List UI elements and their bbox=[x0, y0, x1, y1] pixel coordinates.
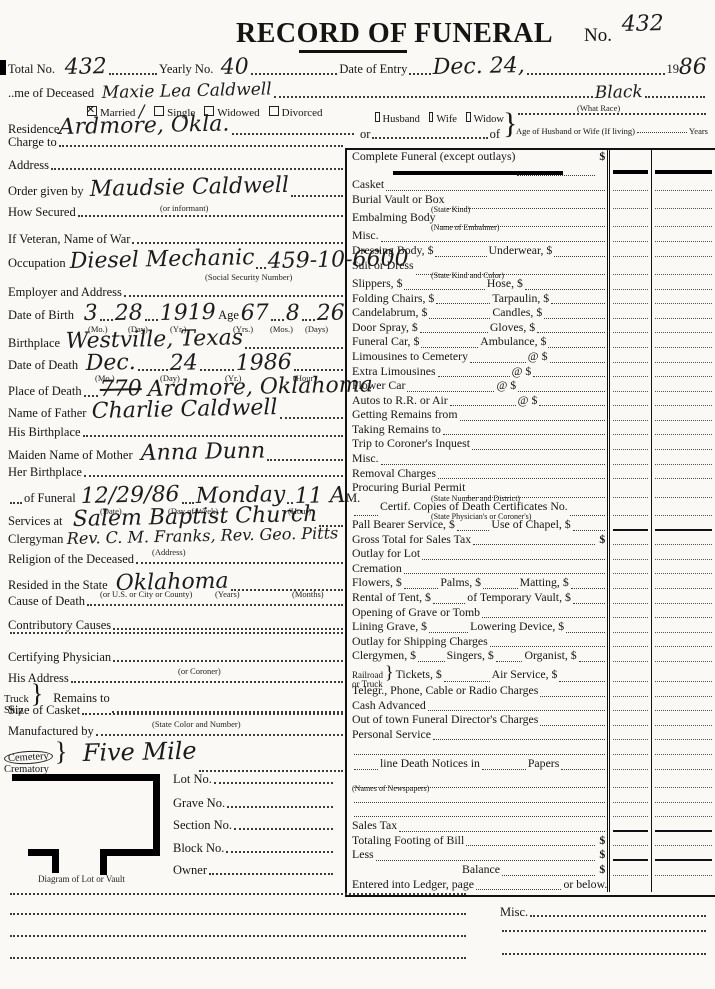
charge-row-text bbox=[347, 790, 607, 805]
cents-cell bbox=[651, 819, 715, 834]
clergyman-row: Clergyman Rev. C. M. Franks, Rev. Geo. P… bbox=[8, 530, 358, 547]
crematory-label: Crematory bbox=[4, 764, 49, 775]
charge-row-text: Autos to R.R. or Air@ $ bbox=[347, 394, 607, 409]
charge-row: Getting Remains from bbox=[347, 408, 715, 423]
charge-label: Underwear, $ bbox=[489, 244, 553, 257]
charge-label: Clergymen, $ bbox=[352, 649, 416, 662]
charge-row-text bbox=[347, 805, 607, 820]
charge-row: Funeral Car, $Ambulance, $ bbox=[347, 335, 715, 350]
deceased-name-label: ..me of Deceased bbox=[8, 86, 94, 101]
charge-row-text: Gross Total for Sales Tax$ bbox=[347, 533, 607, 548]
dollars-cell bbox=[607, 819, 651, 834]
dollars-cell bbox=[607, 664, 651, 684]
clergyman-label: Clergyman bbox=[8, 532, 63, 547]
charge-label: Taking Remains to bbox=[352, 423, 441, 436]
dollars-cell bbox=[607, 805, 651, 820]
charge-row-text: Complete Funeral (except outlays)$ bbox=[347, 150, 607, 178]
dollars-cell bbox=[607, 562, 651, 577]
birthplace-label: Birthplace bbox=[8, 336, 60, 351]
dollar-sign: $ bbox=[599, 863, 605, 876]
mother-label: Maiden Name of Mother bbox=[8, 448, 133, 463]
cents-cell bbox=[651, 742, 715, 757]
occupation-value: Diesel Mechanic bbox=[69, 247, 254, 273]
widow-checkbox bbox=[466, 112, 471, 122]
father-value: Charlie Caldwell bbox=[92, 397, 278, 423]
cents-cell bbox=[651, 728, 715, 743]
contributory-label: Contributory Causes bbox=[8, 618, 111, 633]
charge-row: Out of town Funeral Director's Charges bbox=[347, 713, 715, 728]
date-of-death-row: Date of Death Dec. 24 1986 bbox=[8, 352, 345, 374]
birthplace-value: Westville, Texas bbox=[66, 327, 244, 353]
father-label: Name of Father bbox=[8, 406, 86, 421]
block-no-label: Block No. bbox=[173, 841, 224, 856]
cause-of-death-row: Cause of Death bbox=[8, 594, 345, 609]
cents-cell bbox=[651, 547, 715, 562]
cents-cell bbox=[651, 292, 715, 307]
mother-row: Maiden Name of Mother Anna Dunn bbox=[8, 442, 345, 464]
dollars-cell bbox=[607, 437, 651, 452]
divorced-checkbox bbox=[269, 106, 279, 116]
dollars-cell bbox=[607, 244, 651, 259]
cemetery-value: Five Mile bbox=[83, 739, 197, 765]
year-prefix: 19 bbox=[667, 62, 680, 77]
order-given-by-row: Order given by Maudsie Caldwell bbox=[8, 178, 345, 200]
charge-row bbox=[347, 742, 715, 757]
dollar-sign: $ bbox=[599, 150, 605, 163]
charge-label: Personal Service bbox=[352, 728, 431, 741]
charge-row-text: Pall Bearer Service, $Use of Chapel, $ bbox=[347, 518, 607, 533]
charge-label: Telegr., Phone, Cable or Radio Charges bbox=[352, 684, 538, 697]
dollars-cell bbox=[607, 335, 651, 350]
dollars-cell bbox=[607, 834, 651, 849]
charge-row: Slippers, $Hose, $ bbox=[347, 277, 715, 292]
charge-label: Door Spray, $ bbox=[352, 321, 418, 334]
charge-row-text: Taking Remains to bbox=[347, 423, 607, 438]
charge-label: Getting Remains from bbox=[352, 408, 458, 421]
record-of-funeral-form: RECORD OF FUNERAL No. 432 Total No. 432 … bbox=[0, 0, 715, 989]
charge-row-text: Getting Remains from bbox=[347, 408, 607, 423]
charge-label: or below. bbox=[563, 878, 607, 891]
cents-cell bbox=[651, 664, 715, 684]
charge-row: Opening of Grave or Tomb bbox=[347, 606, 715, 621]
mother-value: Anna Dunn bbox=[140, 440, 265, 465]
cause-label: Cause of Death bbox=[8, 594, 85, 609]
dollars-cell bbox=[607, 306, 651, 321]
lot-no-label: Lot No. bbox=[173, 772, 212, 787]
charge-label: Outlay for Shipping Charges bbox=[352, 635, 488, 648]
cents-cell bbox=[651, 335, 715, 350]
charge-row-text: Limousines to Cemetery@ $ bbox=[347, 350, 607, 365]
age-months: 8 bbox=[285, 303, 299, 325]
race-value: Black bbox=[595, 84, 643, 102]
charge-label: Hose, $ bbox=[487, 277, 523, 290]
diagram-left-hook-leg bbox=[52, 849, 59, 873]
dollars-cell bbox=[607, 728, 651, 743]
charge-row-text: (Names of Newspapers) bbox=[347, 772, 607, 790]
spouse-age-leader bbox=[516, 113, 708, 118]
bottom-right-line-2 bbox=[500, 953, 708, 958]
charge-row-text: line Death Notices inPapers bbox=[347, 757, 607, 772]
truck-ship-bracket: } bbox=[31, 682, 43, 705]
charge-label: @ $ bbox=[512, 365, 532, 378]
grave-no-label: Grave No. bbox=[173, 796, 225, 811]
scan-edge-mark bbox=[0, 60, 6, 75]
charge-row-text: Railroador Truck}Tickets, $Air Service, … bbox=[347, 664, 607, 684]
cents-cell bbox=[651, 306, 715, 321]
cents-cell bbox=[651, 518, 715, 533]
dob-month: 3 bbox=[84, 303, 98, 325]
her-birthplace-label: Her Birthplace bbox=[8, 465, 82, 480]
charge-row: Outlay for Lot bbox=[347, 547, 715, 562]
dollars-cell bbox=[607, 635, 651, 650]
charge-row: Casket bbox=[347, 178, 715, 193]
cents-cell bbox=[651, 437, 715, 452]
dollars-cell bbox=[607, 408, 651, 423]
spouse-age-row: Age of Husband or Wife (If living) Years bbox=[516, 126, 708, 136]
charge-row: Certif. Copies of Death Certificates No.… bbox=[347, 500, 715, 518]
charge-row: Cash Advanced bbox=[347, 699, 715, 714]
charge-label: Matting, $ bbox=[520, 576, 569, 589]
owner-label: Owner bbox=[173, 863, 207, 878]
date-of-entry-value: Dec. 24, bbox=[433, 55, 525, 79]
husband-checkbox bbox=[375, 112, 380, 122]
cemetery-row: Cemetery Crematory } Five Mile bbox=[8, 740, 345, 775]
dollars-cell bbox=[607, 259, 651, 277]
employer-row: Employer and Address bbox=[8, 285, 345, 300]
diagram-bottom-bar bbox=[100, 849, 160, 856]
charge-label: Papers bbox=[528, 757, 559, 770]
grave-no-row: Grave No. bbox=[173, 796, 335, 811]
complete-funeral-underline bbox=[393, 171, 563, 175]
charge-row-text: Trip to Coroner's Inquest bbox=[347, 437, 607, 452]
cents-cell bbox=[651, 321, 715, 336]
cemetery-label: Cemetery bbox=[4, 750, 53, 766]
page-title: RECORD OF FUNERAL bbox=[236, 18, 553, 50]
his-birthplace-label: His Birthplace bbox=[8, 425, 81, 440]
cents-cell bbox=[651, 848, 715, 863]
charge-row: Entered into Ledger, pageor below. bbox=[347, 878, 715, 893]
dollars-cell bbox=[607, 150, 651, 178]
charge-label: Tarpaulin, $ bbox=[492, 292, 549, 305]
charge-row-text: Candelabrum, $Candles, $ bbox=[347, 306, 607, 321]
charge-label: Entered into Ledger, page bbox=[352, 878, 474, 891]
order-given-by-label: Order given by bbox=[8, 184, 84, 199]
dollars-cell bbox=[607, 649, 651, 664]
charge-row-text: Telegr., Phone, Cable or Radio Charges bbox=[347, 684, 607, 699]
cents-cell bbox=[651, 863, 715, 878]
husband-label: Husband bbox=[383, 114, 420, 125]
charge-row-text: Balance$ bbox=[347, 863, 607, 878]
charge-row bbox=[347, 790, 715, 805]
charge-row: Rental of Tent, $of Temporary Vault, $ bbox=[347, 591, 715, 606]
cents-cell bbox=[651, 713, 715, 728]
dollars-cell bbox=[607, 321, 651, 336]
dollars-cell bbox=[607, 211, 651, 229]
charge-label: Cash Advanced bbox=[352, 699, 426, 712]
wife-checkbox bbox=[429, 112, 434, 122]
clergyman-value: Rev. C. M. Franks, Rev. Geo. Pitts bbox=[67, 525, 339, 547]
charge-row: Embalming Body(Name of Embalmer) bbox=[347, 211, 715, 229]
charge-row-text: Flowers, $Palms, $Matting, $ bbox=[347, 576, 607, 591]
pod-label: Place of Death bbox=[8, 384, 82, 399]
dollars-cell bbox=[607, 684, 651, 699]
dollars-cell bbox=[607, 394, 651, 409]
charge-to-label: Charge to bbox=[8, 135, 57, 150]
charge-row: Telegr., Phone, Cable or Radio Charges bbox=[347, 684, 715, 699]
cents-cell bbox=[651, 423, 715, 438]
charge-row-text: Misc. bbox=[347, 229, 607, 244]
total-no-value: 432 bbox=[65, 56, 107, 79]
veteran-label: If Veteran, Name of War bbox=[8, 232, 130, 247]
charge-row: Clergymen, $Singers, $Organist, $ bbox=[347, 649, 715, 664]
charge-label: Balance bbox=[462, 863, 500, 876]
charge-row: Removal Charges bbox=[347, 467, 715, 482]
ssn-value: 459-10-6600 bbox=[268, 248, 409, 273]
charge-to-row: Charge to bbox=[8, 135, 345, 150]
dollars-cell bbox=[607, 452, 651, 467]
cents-cell bbox=[651, 790, 715, 805]
title-underline bbox=[299, 50, 407, 53]
dollars-cell bbox=[607, 772, 651, 790]
charge-row: Totaling Footing of Bill$ bbox=[347, 834, 715, 849]
section-no-label: Section No. bbox=[173, 818, 232, 833]
dollars-cell bbox=[607, 878, 651, 893]
religion-row: Religion of the Deceased bbox=[8, 552, 345, 567]
cents-cell bbox=[651, 591, 715, 606]
race-sub-label: (What Race) bbox=[577, 103, 620, 113]
dollars-cell bbox=[607, 481, 651, 499]
cents-cell bbox=[651, 394, 715, 409]
dollars-cell bbox=[607, 350, 651, 365]
cents-cell bbox=[651, 684, 715, 699]
charge-row-text: Procuring Burial Permit(State Number and… bbox=[347, 481, 607, 499]
dollars-cell bbox=[607, 576, 651, 591]
cents-cell bbox=[651, 757, 715, 772]
charge-label: Tickets, $ bbox=[396, 668, 442, 681]
charge-row-text: Outlay for Lot bbox=[347, 547, 607, 562]
bottom-left-line-3 bbox=[8, 935, 468, 940]
charge-label: Air Service, $ bbox=[492, 668, 558, 681]
age-years: 67 bbox=[240, 302, 268, 325]
deceased-name-row: ..me of Deceased Maxie Lea Caldwell Blac… bbox=[8, 84, 707, 101]
charge-row: Door Spray, $Gloves, $ bbox=[347, 321, 715, 336]
charge-row-text: Misc. bbox=[347, 452, 607, 467]
charge-row: Flower Car@ $ bbox=[347, 379, 715, 394]
cents-cell bbox=[651, 467, 715, 482]
charge-row-text: Rental of Tent, $of Temporary Vault, $ bbox=[347, 591, 607, 606]
dod-day: 24 bbox=[170, 352, 198, 375]
charge-label: @ $ bbox=[518, 394, 538, 407]
date-of-entry-label: Date of Entry bbox=[339, 62, 407, 77]
dod-label: Date of Death bbox=[8, 358, 78, 373]
charge-row: Autos to R.R. or Air@ $ bbox=[347, 394, 715, 409]
cents-cell bbox=[651, 620, 715, 635]
charge-row-text: Out of town Funeral Director's Charges bbox=[347, 713, 607, 728]
dollars-cell bbox=[607, 790, 651, 805]
charge-label: Ambulance, $ bbox=[480, 335, 546, 348]
cents-cell bbox=[651, 562, 715, 577]
charge-label: Palms, $ bbox=[440, 576, 481, 589]
charge-row: Misc. bbox=[347, 229, 715, 244]
contributory-cont-row bbox=[8, 632, 345, 637]
owner-row: Owner bbox=[173, 863, 335, 878]
cents-cell bbox=[651, 150, 715, 178]
age-spouse-label: Age of Husband or Wife (If living) bbox=[516, 126, 635, 136]
services-label: Services at bbox=[8, 514, 63, 529]
cents-cell bbox=[651, 365, 715, 380]
dollars-cell bbox=[607, 757, 651, 772]
dollars-cell bbox=[607, 699, 651, 714]
dollars-cell bbox=[607, 423, 651, 438]
charge-row-text: Cremation bbox=[347, 562, 607, 577]
occupation-row: Occupation Diesel Mechanic 459-10-6600 bbox=[8, 250, 345, 272]
record-number-value: 432 bbox=[622, 13, 664, 36]
charge-row-text: Folding Chairs, $Tarpaulin, $ bbox=[347, 292, 607, 307]
charge-row-text: Outlay for Shipping Charges bbox=[347, 635, 607, 650]
charge-row: Flowers, $Palms, $Matting, $ bbox=[347, 576, 715, 591]
bottom-left-line-2 bbox=[8, 913, 468, 918]
cents-cell bbox=[651, 772, 715, 790]
dollars-cell bbox=[607, 533, 651, 548]
charge-row-text: Burial Vault or Box(State Kind) bbox=[347, 193, 607, 211]
years-label: Years bbox=[689, 126, 708, 136]
charge-row-text bbox=[347, 742, 607, 757]
charge-label: Organist, $ bbox=[524, 649, 576, 662]
charge-label: Slippers, $ bbox=[352, 277, 402, 290]
dollars-cell bbox=[607, 620, 651, 635]
charge-label: Less bbox=[352, 848, 374, 861]
cents-cell bbox=[651, 193, 715, 211]
father-row: Name of Father Charlie Caldwell bbox=[8, 400, 345, 422]
charge-row-text: Entered into Ledger, pageor below. bbox=[347, 878, 607, 893]
charge-label: Folding Chairs, $ bbox=[352, 292, 434, 305]
charge-label: Totaling Footing of Bill bbox=[352, 834, 464, 847]
charge-row: Complete Funeral (except outlays)$ bbox=[347, 150, 715, 178]
charge-row: Personal Service bbox=[347, 728, 715, 743]
charge-row: Candelabrum, $Candles, $ bbox=[347, 306, 715, 321]
charge-row: Balance$ bbox=[347, 863, 715, 878]
cents-cell bbox=[651, 277, 715, 292]
charge-row: Outlay for Shipping Charges bbox=[347, 635, 715, 650]
widow-label: Widow bbox=[474, 114, 505, 125]
charge-label: Complete Funeral (except outlays) bbox=[352, 150, 515, 163]
charge-row: Cremation bbox=[347, 562, 715, 577]
dollars-cell bbox=[607, 742, 651, 757]
dollars-cell bbox=[607, 547, 651, 562]
bottom-misc-row: Misc. bbox=[500, 905, 708, 920]
yearly-no-value: 40 bbox=[221, 56, 249, 79]
his-birthplace-row: His Birthplace bbox=[8, 425, 345, 440]
charge-row: Railroador Truck}Tickets, $Air Service, … bbox=[347, 664, 715, 684]
charge-label: Trip to Coroner's Inquest bbox=[352, 437, 470, 450]
charge-label: line Death Notices in bbox=[380, 757, 480, 770]
cents-cell bbox=[651, 635, 715, 650]
dollars-cell bbox=[607, 591, 651, 606]
charge-label: Out of town Funeral Director's Charges bbox=[352, 713, 538, 726]
charge-label: Limousines to Cemetery bbox=[352, 350, 468, 363]
charge-label: Gloves, $ bbox=[490, 321, 535, 334]
dollars-cell bbox=[607, 500, 651, 518]
age-days: 26 bbox=[317, 302, 345, 325]
dob-day: 28 bbox=[115, 302, 143, 325]
charge-label: Funeral Car, $ bbox=[352, 335, 419, 348]
charge-row-text: Flower Car@ $ bbox=[347, 379, 607, 394]
religion-label: Religion of the Deceased bbox=[8, 552, 134, 567]
dollars-cell bbox=[607, 193, 651, 211]
charge-row: Less$ bbox=[347, 848, 715, 863]
bottom-left-line-1 bbox=[8, 893, 468, 898]
cents-cell bbox=[651, 576, 715, 591]
cents-cell bbox=[651, 699, 715, 714]
charge-label: Flowers, $ bbox=[352, 576, 402, 589]
cents-cell bbox=[651, 452, 715, 467]
record-number-label: No. bbox=[584, 25, 612, 47]
dollars-cell bbox=[607, 379, 651, 394]
spouse-checkbox-row: Husband Wife Widow bbox=[366, 112, 504, 125]
diagram-label: Diagram of Lot or Vault bbox=[38, 874, 125, 884]
charge-label: Singers, $ bbox=[447, 649, 494, 662]
charge-label: Candelabrum, $ bbox=[352, 306, 427, 319]
dollar-sign: $ bbox=[599, 533, 605, 546]
charge-row-text: Sales Tax bbox=[347, 819, 607, 834]
charge-label: Outlay for Lot bbox=[352, 547, 420, 560]
cents-cell bbox=[651, 878, 715, 893]
charge-row: Gross Total for Sales Tax$ bbox=[347, 533, 715, 548]
of-label: of bbox=[490, 127, 500, 142]
charge-label: Gross Total for Sales Tax bbox=[352, 533, 471, 546]
charge-row: (Names of Newspapers) bbox=[347, 772, 715, 790]
charge-row-text: Lining Grave, $Lowering Device, $ bbox=[347, 620, 607, 635]
charge-row-text: Totaling Footing of Bill$ bbox=[347, 834, 607, 849]
cents-cell bbox=[651, 211, 715, 229]
charge-row-text: Less$ bbox=[347, 848, 607, 863]
resided-value: Oklahoma bbox=[115, 571, 228, 595]
charge-row: Pall Bearer Service, $Use of Chapel, $ bbox=[347, 518, 715, 533]
charge-row-text: Door Spray, $Gloves, $ bbox=[347, 321, 607, 336]
diagram-right-bar bbox=[153, 774, 160, 856]
charge-row-text: Personal Service bbox=[347, 728, 607, 743]
entry-row: Total No. 432 Yearly No. 40 Date of Entr… bbox=[8, 56, 707, 78]
charge-label: @ $ bbox=[528, 350, 548, 363]
dollars-cell bbox=[607, 518, 651, 533]
charge-row: Trip to Coroner's Inquest bbox=[347, 437, 715, 452]
contributory-row: Contributory Causes bbox=[8, 618, 345, 633]
deceased-name-value: Maxie Lea Caldwell bbox=[102, 81, 272, 102]
cents-cell bbox=[651, 606, 715, 621]
cemetery-bracket: } bbox=[55, 740, 67, 763]
dollars-cell bbox=[607, 863, 651, 878]
charge-label: Rental of Tent, $ bbox=[352, 591, 431, 604]
charge-row-text: Removal Charges bbox=[347, 467, 607, 482]
charge-label: Pall Bearer Service, $ bbox=[352, 518, 455, 531]
charge-row: Folding Chairs, $Tarpaulin, $ bbox=[347, 292, 715, 307]
veteran-row: If Veteran, Name of War bbox=[8, 232, 345, 247]
section-no-row: Section No. bbox=[173, 818, 335, 833]
block-no-row: Block No. bbox=[173, 841, 335, 856]
dod-year: 1986 bbox=[236, 352, 292, 375]
charge-row-text: Funeral Car, $Ambulance, $ bbox=[347, 335, 607, 350]
total-no-label: Total No. bbox=[8, 62, 55, 77]
address-label: Address bbox=[8, 158, 49, 173]
funeral-m-label: M. bbox=[346, 491, 360, 506]
charge-label: @ $ bbox=[496, 379, 516, 392]
dollars-cell bbox=[607, 365, 651, 380]
railroad-bracket: } bbox=[385, 664, 394, 680]
casket-label: Size of Casket bbox=[8, 703, 80, 718]
charge-label: Misc. bbox=[352, 229, 379, 242]
charge-row: Lining Grave, $Lowering Device, $ bbox=[347, 620, 715, 635]
resided-label: Resided in the State bbox=[8, 578, 108, 593]
